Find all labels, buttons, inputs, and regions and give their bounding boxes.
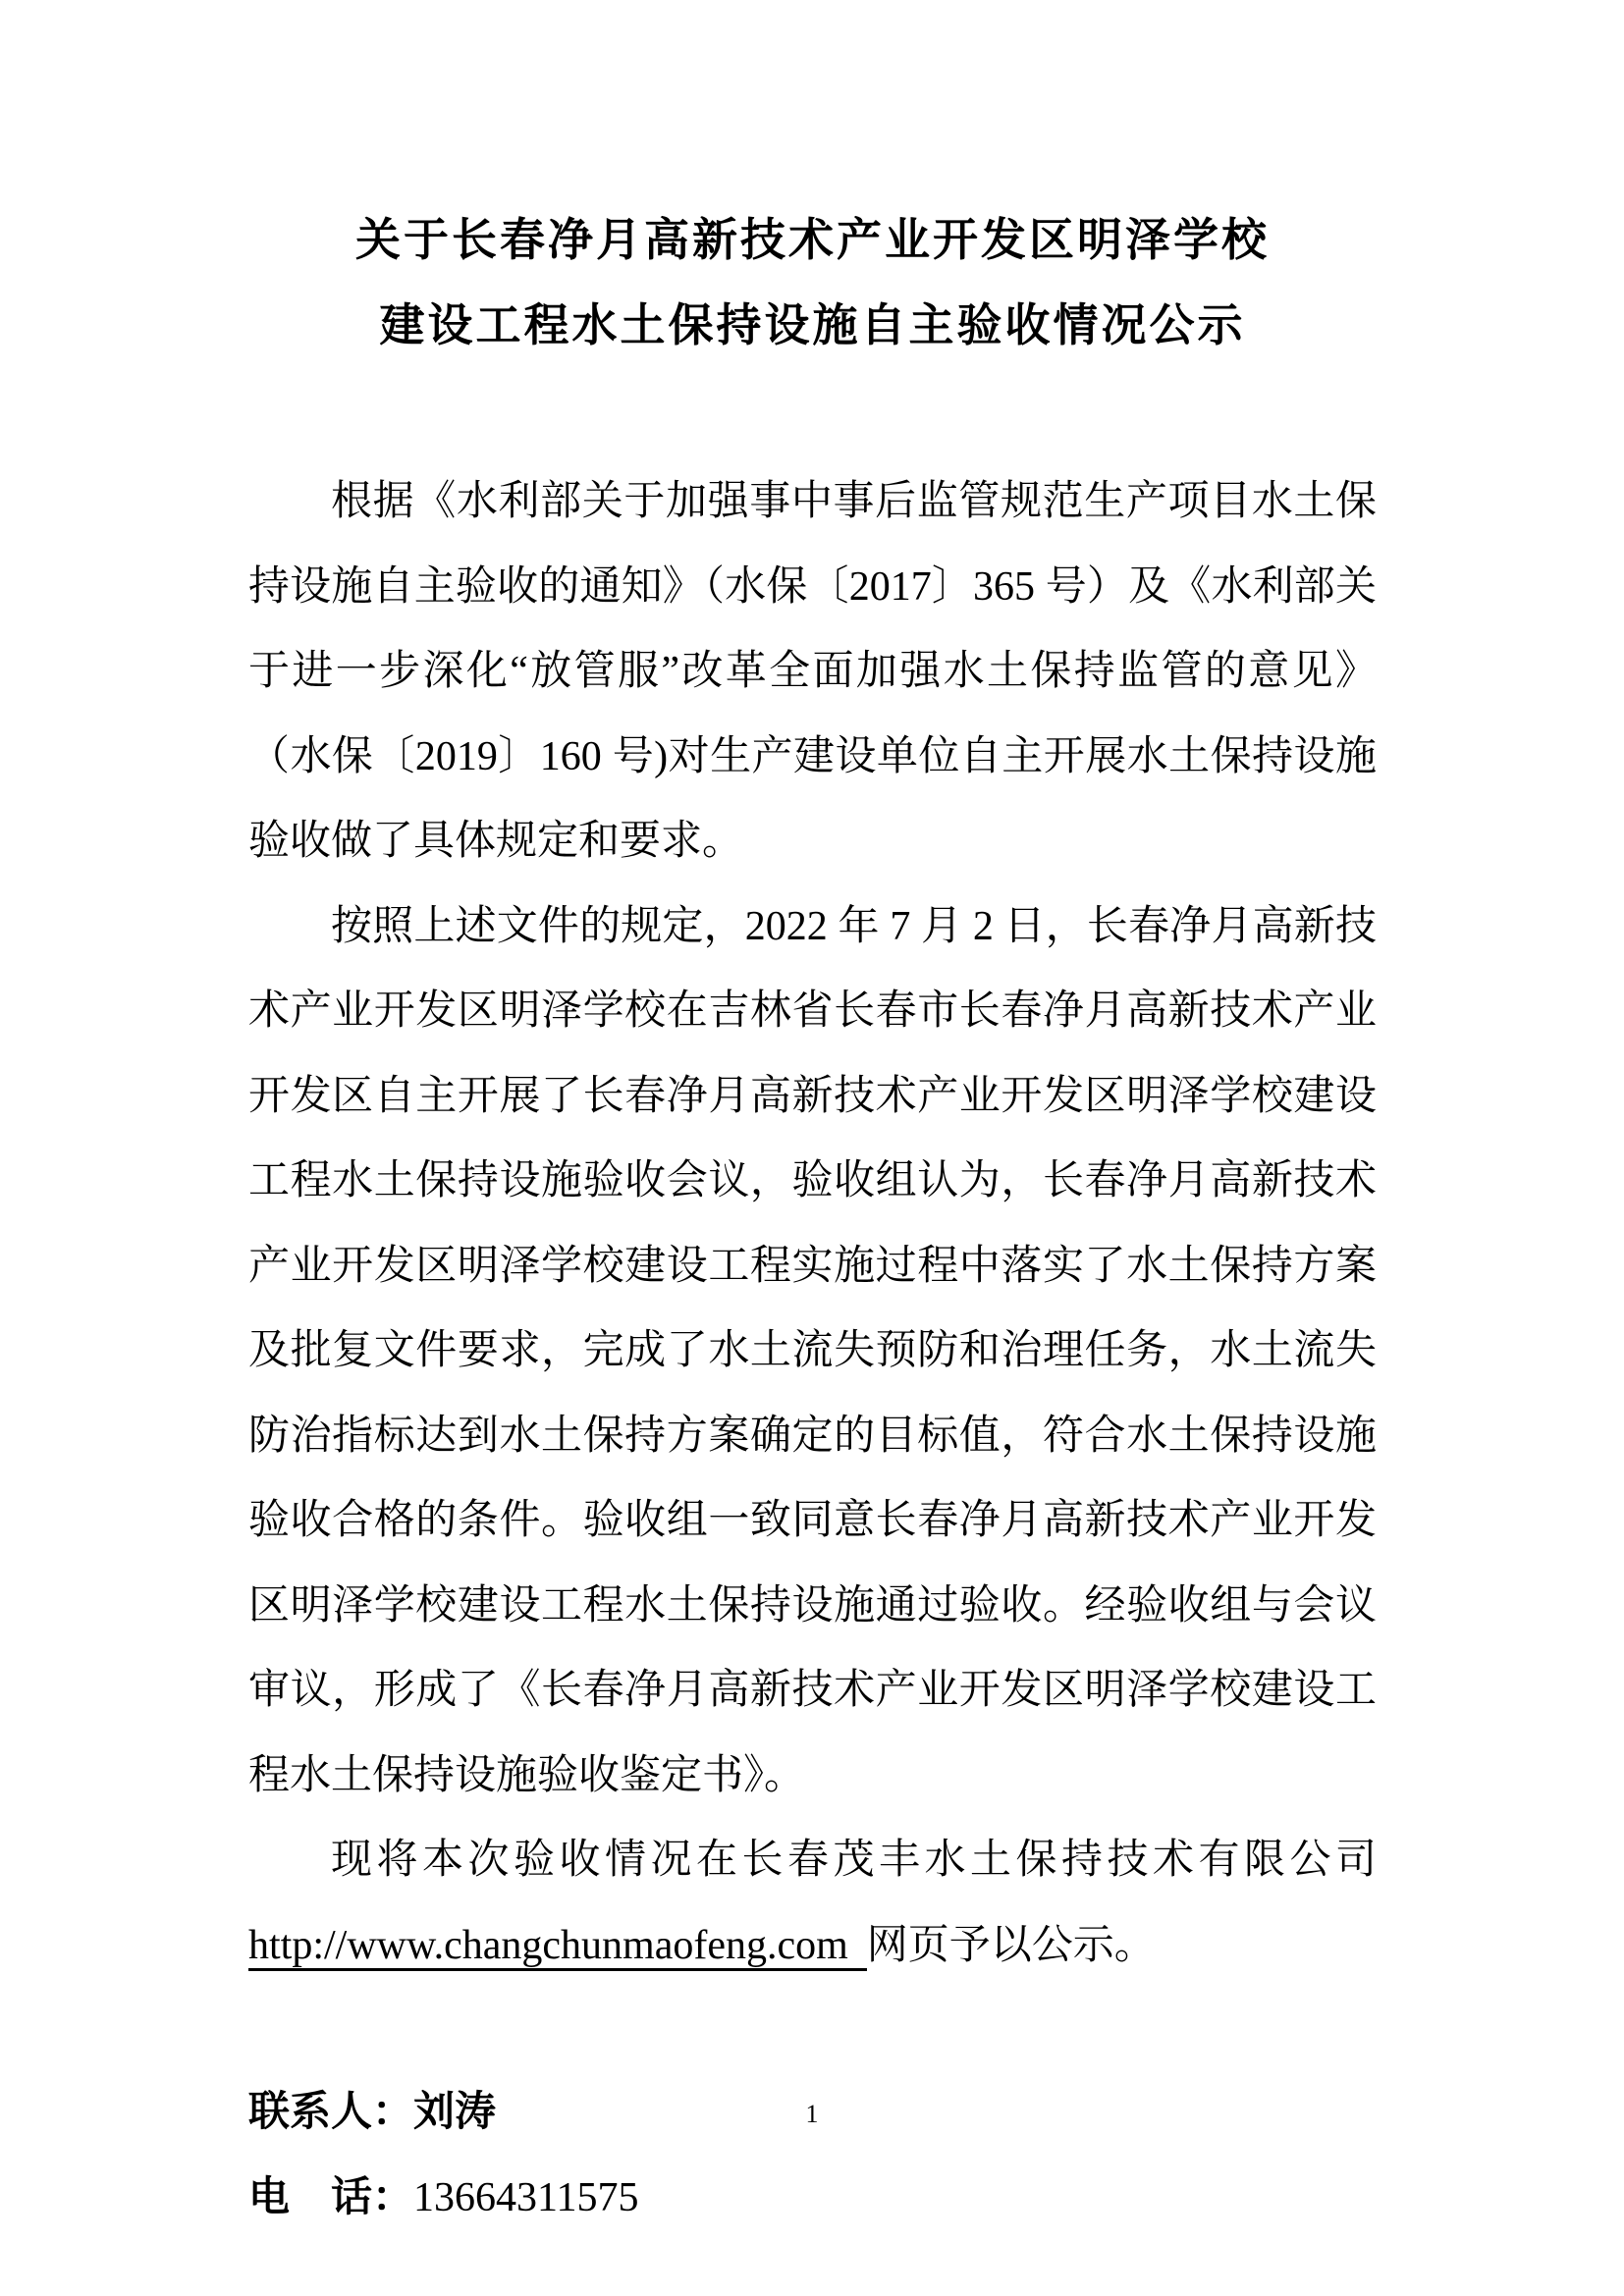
publicity-text-after-link: 网页予以公示。 [867,1923,1156,1968]
document-content: 关于长春净月高新技术产业开发区明泽学校建设工程水土保持设施自主验收情况公示 根据… [0,0,1624,2240]
paragraph-regulatory-basis: 根据《水利部关于加强事中事后监管规范生产项目水土保持设施自主验收的通知》（水保〔… [248,459,1377,884]
document-title-line-1: 关于长春净月高新技术产业开发区明泽学校 [248,198,1377,284]
document-page: 关于长春净月高新技术产业开发区明泽学校建设工程水土保持设施自主验收情况公示 根据… [0,0,1624,2296]
contact-phone-number: 13664311575 [413,2175,638,2220]
contact-phone-line: 电 话：13664311575 [248,2156,1377,2241]
publicity-text-before-link: 现将本次验收情况在长春茂丰水土保持技术有限公司 [331,1838,1377,1883]
document-body: 根据《水利部关于加强事中事后监管规范生产项目水土保持设施自主验收的通知》（水保〔… [248,459,1377,1988]
contact-section: 联系人：刘涛 电 话：13664311575 [248,2070,1377,2240]
document-title: 关于长春净月高新技术产业开发区明泽学校建设工程水土保持设施自主验收情况公示 [248,198,1377,368]
website-link[interactable]: http://www.changchunmaofeng.com [248,1923,867,1971]
document-title-line-2: 建设工程水土保持设施自主验收情况公示 [248,284,1377,369]
paragraph-acceptance-result: 按照上述文件的规定，2022 年 7 月 2 日，长春净月高新技术产业开发区明泽… [248,884,1377,1819]
page-number: 1 [0,2099,1624,2129]
contact-phone-label: 电 话： [248,2175,413,2220]
paragraph-publicity: 现将本次验收情况在长春茂丰水土保持技术有限公司http://www.changc… [248,1818,1377,1988]
